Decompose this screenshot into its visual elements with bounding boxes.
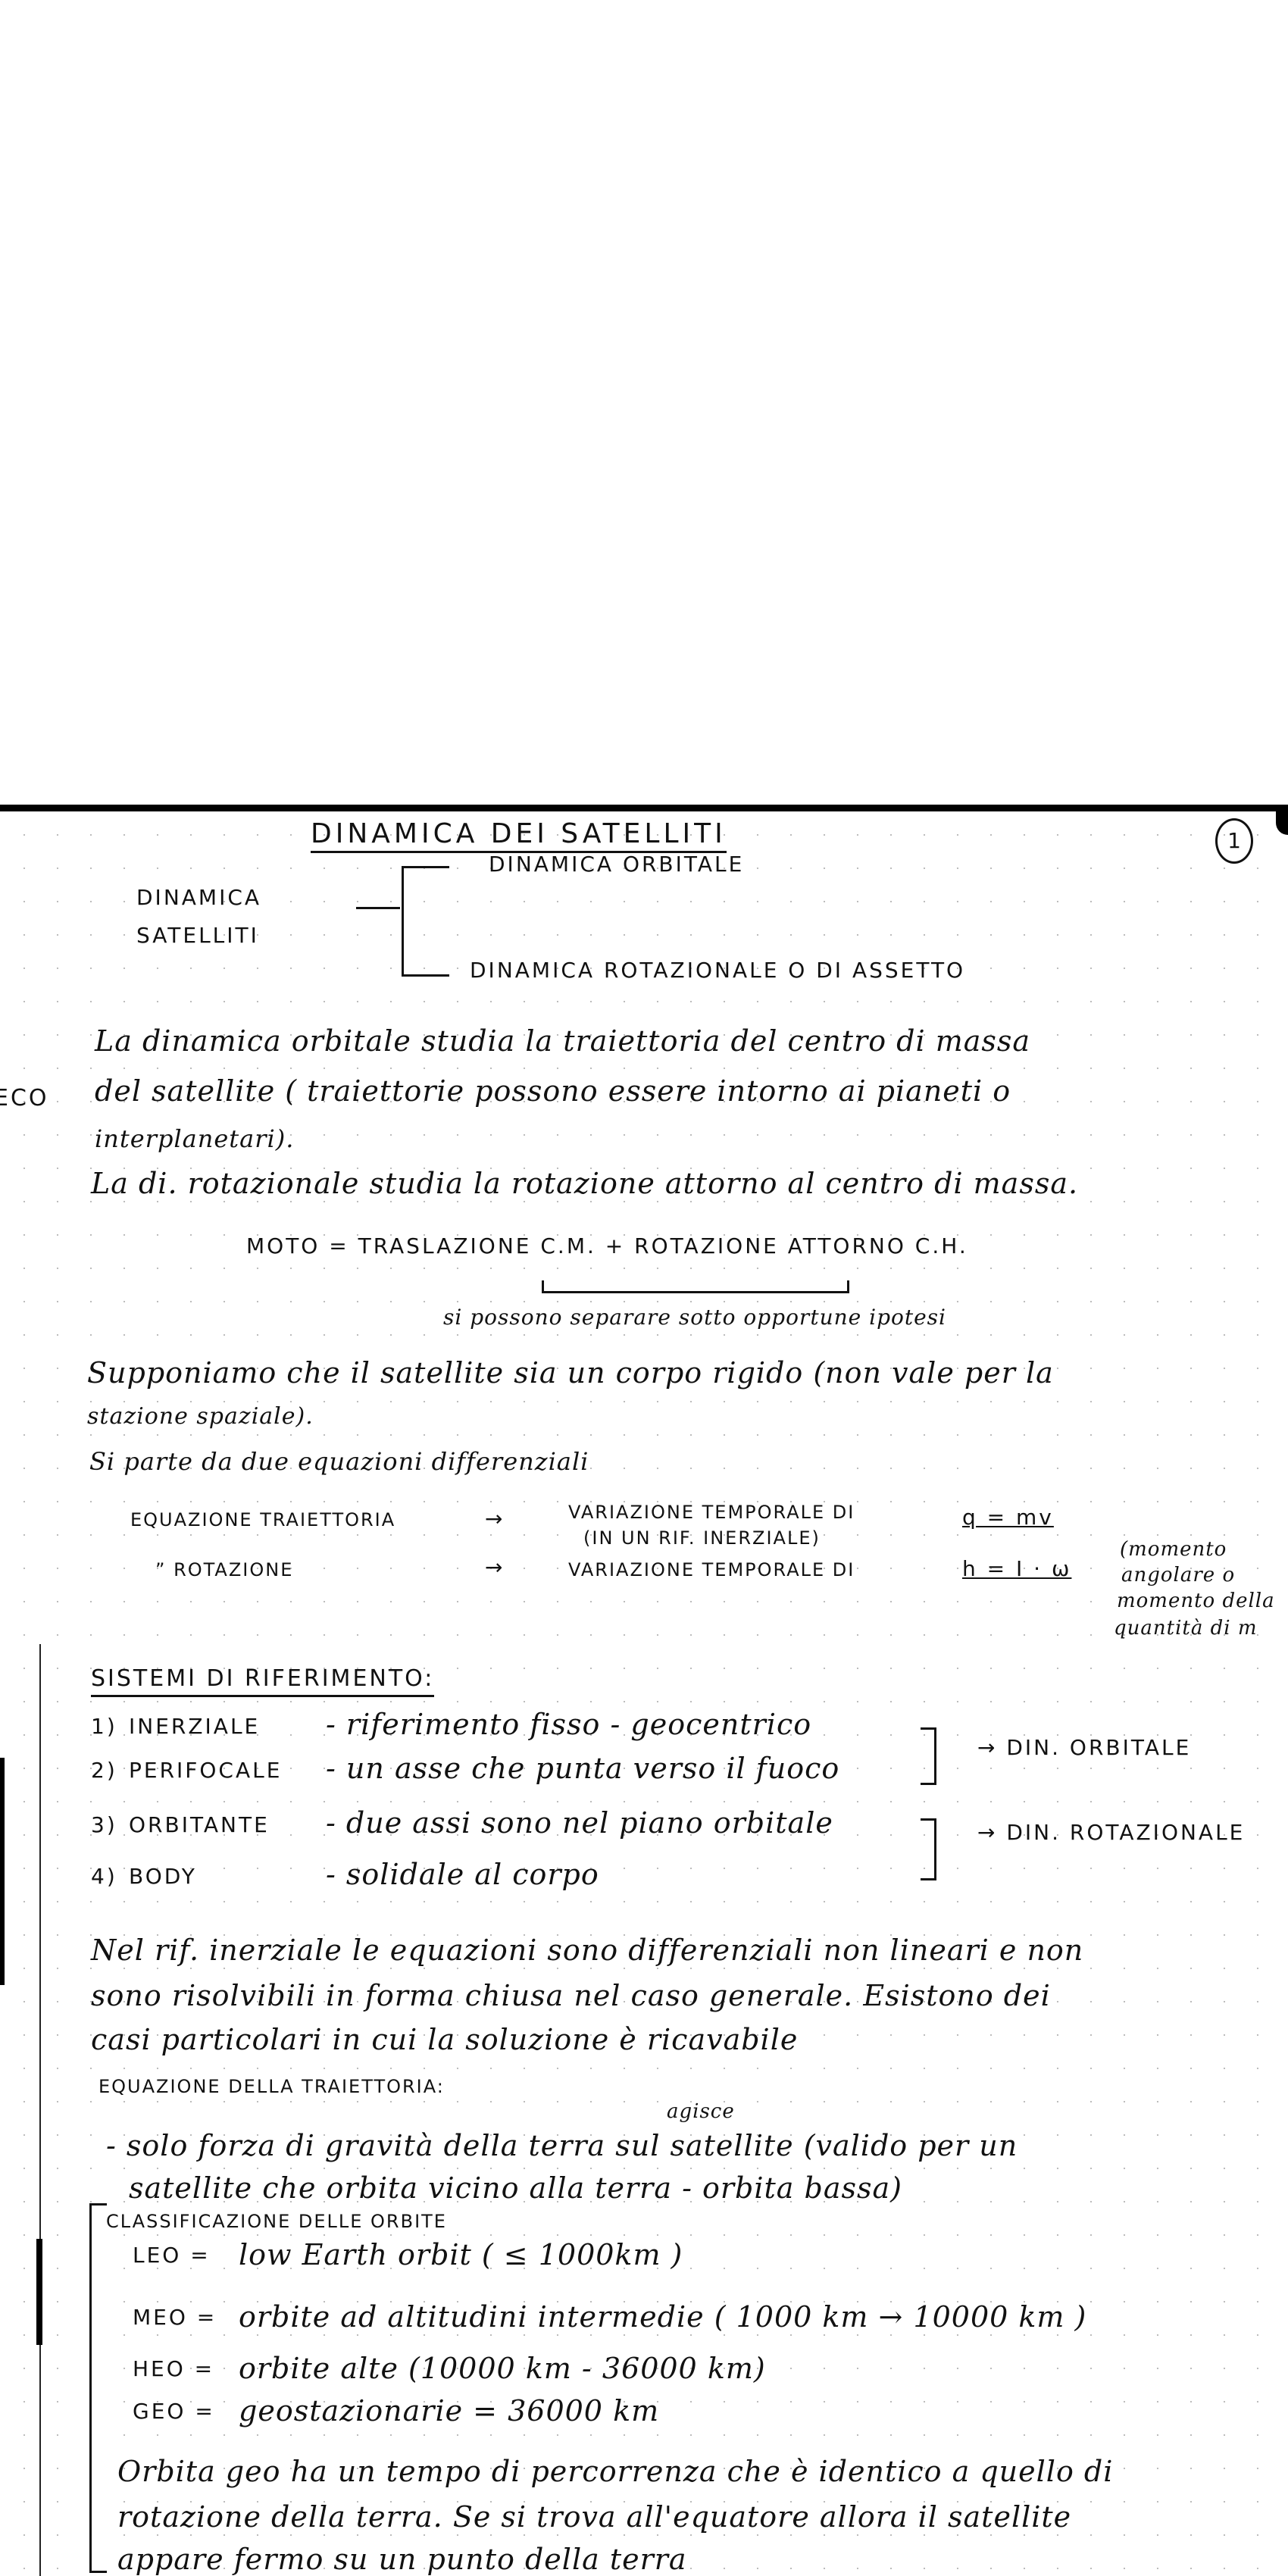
- intro-line: La dinamica orbitale studia la traiettor…: [95, 1024, 1030, 1058]
- arrow-icon: →: [485, 1555, 505, 1580]
- geo-line: rotazione della terra. Se si trova all'e…: [117, 2500, 1071, 2534]
- diagram-root-line-2: SATELLITI: [136, 923, 259, 948]
- equation-subnote: (IN UN RIF. INERZIALE): [583, 1527, 821, 1549]
- side-note-line: angolare o: [1121, 1564, 1235, 1587]
- inertial-line: casi particolari in cui la soluzione è r…: [91, 2023, 798, 2056]
- inertial-line: Nel rif. inerziale le equazioni sono dif…: [91, 1934, 1083, 1967]
- intro-line: La di. rotazionale studia la rotazione a…: [91, 1167, 1078, 1200]
- item-name: PERIFOCALE: [129, 1758, 282, 1783]
- page-title: DINAMICA DEI SATELLITI: [311, 818, 727, 853]
- inertial-line: sono risolvibili in forma chiusa nel cas…: [91, 1979, 1051, 2012]
- item-desc: - solidale al corpo: [326, 1858, 599, 1891]
- item-number: 3): [91, 1812, 117, 1837]
- diagram-bracket: [402, 866, 449, 977]
- equation-description: VARIAZIONE TEMPORALE DI: [568, 1559, 855, 1580]
- classification-heading: CLASSIFICAZIONE DELLE ORBITE: [106, 2211, 447, 2232]
- item-desc: - riferimento fisso - geocentrico: [326, 1708, 811, 1741]
- classification-bracket: [89, 2203, 107, 2573]
- rigid-body-line: stazione spaziale).: [87, 1403, 314, 1430]
- trajectory-heading: EQUAZIONE DELLA TRAIETTORIA:: [98, 2076, 445, 2097]
- group-label-orbital: → DIN. ORBITALE: [977, 1735, 1191, 1760]
- diagram-branch-orbital: DINAMICA ORBITALE: [489, 852, 744, 877]
- geo-line: appare fermo su un punto della terra: [117, 2543, 687, 2576]
- scan-edge-bar: [0, 1758, 5, 1985]
- diagram-branch-rotational: DINAMICA ROTAZIONALE O DI ASSETTO: [470, 958, 965, 983]
- item-name: BODY: [129, 1864, 197, 1889]
- group-bracket-orbital: [921, 1727, 936, 1785]
- motion-underbrace: [542, 1280, 849, 1293]
- diagram-root-line-1: DINAMICA: [136, 885, 261, 910]
- item-number: 4): [91, 1864, 117, 1889]
- reference-systems-heading: SISTEMI DI RIFERIMENTO:: [91, 1665, 434, 1697]
- trajectory-line: satellite che orbita vicino alla terra -…: [129, 2171, 902, 2205]
- orbit-code: LEO =: [133, 2243, 211, 2268]
- intro-line: interplanetari).: [95, 1124, 294, 1153]
- side-note-line: (momento: [1120, 1538, 1227, 1561]
- side-note-line: momento della: [1117, 1590, 1275, 1612]
- orbit-desc: orbite alte (10000 km - 36000 km): [239, 2352, 766, 2385]
- trajectory-insert: agisce: [667, 2100, 735, 2123]
- item-desc: - due assi sono nel piano orbitale: [326, 1806, 833, 1840]
- orbit-code: GEO =: [133, 2399, 215, 2424]
- equation-label: ” ROTAZIONE: [155, 1559, 293, 1580]
- equation-formula: q = mv: [962, 1505, 1054, 1530]
- item-number: 2): [91, 1758, 117, 1783]
- intro-line: del satellite ( traiettorie possono esse…: [95, 1074, 1011, 1108]
- scan-edge-bar-lower: [36, 2239, 42, 2345]
- geo-line: Orbita geo ha un tempo di percorrenza ch…: [117, 2455, 1113, 2488]
- orbit-desc: geostazionarie = 36000 km: [239, 2394, 659, 2428]
- item-name: ORBITANTE: [129, 1812, 270, 1837]
- margin-line: [39, 1644, 41, 2576]
- margin-fragment: ECO: [0, 1085, 49, 1111]
- group-label-rotational: → DIN. ROTAZIONALE: [977, 1820, 1245, 1845]
- group-bracket-rotational: [921, 1818, 936, 1880]
- orbit-code: MEO =: [133, 2305, 217, 2330]
- orbit-code: HEO =: [133, 2356, 214, 2381]
- equation-formula: h = I · ω: [962, 1556, 1071, 1581]
- item-desc: - un asse che punta verso il fuoco: [326, 1752, 839, 1785]
- rigid-body-line: Supponiamo che il satellite sia un corpo…: [87, 1356, 1054, 1390]
- equation-label: EQUAZIONE TRAIETTORIA: [130, 1509, 395, 1530]
- orbit-desc: low Earth orbit ( ≤ 1000km ): [239, 2238, 683, 2271]
- rigid-body-line: Si parte da due equazioni differenziali: [89, 1447, 589, 1476]
- page-number: 1: [1215, 818, 1253, 864]
- diagram-connector: [356, 907, 400, 909]
- item-number: 1): [91, 1714, 117, 1739]
- arrow-icon: →: [485, 1506, 505, 1531]
- motion-equation: MOTO = TRASLAZIONE C.M. + ROTAZIONE ATTO…: [246, 1233, 968, 1258]
- equation-description: VARIAZIONE TEMPORALE DI: [568, 1502, 855, 1523]
- side-note-line: quantità di m: [1114, 1617, 1258, 1640]
- item-name: INERZIALE: [129, 1714, 260, 1739]
- trajectory-line: - solo forza di gravità della terra sul …: [106, 2129, 1018, 2162]
- page-top-edge: [0, 805, 1288, 811]
- orbit-desc: orbite ad altitudini intermedie ( 1000 k…: [239, 2300, 1086, 2334]
- motion-note: si possono separare sotto opportune ipot…: [443, 1305, 946, 1330]
